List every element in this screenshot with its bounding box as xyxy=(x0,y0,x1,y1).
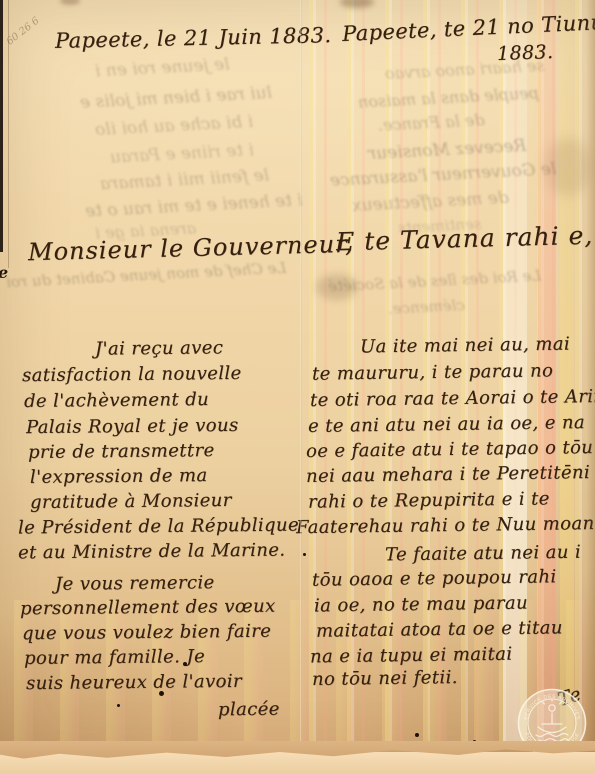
bleedthrough-line: lui rae i bien mi jolis e xyxy=(80,83,273,113)
bleedthrough-line: de mes affectueux xyxy=(352,188,510,216)
right-page-edge xyxy=(586,0,595,748)
handwritten-line: Faaterehau rahi o te Nuu moana xyxy=(296,513,595,538)
handwritten-line: que vous voulez bien faire xyxy=(22,621,272,645)
ink-speck xyxy=(117,704,120,707)
handwritten-line: placée xyxy=(218,699,280,721)
bleedthrough-line: i te riine e Parau xyxy=(110,140,255,168)
handwritten-line: te oti roa raa te Aorai o te Arii xyxy=(310,386,595,411)
bleedthrough-line: clémence. xyxy=(388,296,466,318)
paper-stain xyxy=(340,0,374,8)
handwritten-line: no tōu nei fetii. xyxy=(312,667,458,690)
gutter-crease xyxy=(300,0,302,748)
handwritten-line: de l'achèvement du xyxy=(24,389,209,412)
bleedthrough-line: peuple dans la maison xyxy=(358,83,540,111)
handwritten-line: le Président de la République xyxy=(18,515,299,539)
bleedthrough-line: le jeune roi en i xyxy=(95,54,231,81)
left-dateline: Papeete, le 21 Juin 1883. xyxy=(55,23,332,53)
handwritten-line: gratitude à Monsieur xyxy=(30,490,232,513)
handwritten-line: satisfaction la nouvelle xyxy=(22,363,242,386)
handwritten-line: na e ia tupu ei maitai xyxy=(310,644,513,668)
bleedthrough-line: de la France. xyxy=(378,110,486,135)
right-dateline: Papeete, te 21 no Tiunu xyxy=(342,10,595,46)
bleedthrough-line: le Gouverneur l'assurance xyxy=(330,159,557,191)
handwritten-line: l'expression de ma xyxy=(30,465,208,488)
ink-speck xyxy=(183,662,187,666)
right-salutation: E te Tavana rahi e, xyxy=(336,221,594,257)
handwritten-line: Je vous remercie xyxy=(55,572,215,595)
handwritten-line: te maururu, i te parau no xyxy=(312,360,554,384)
handwritten-line: J'ai reçu avec xyxy=(95,337,223,359)
bleedthrough-line: Le Roi des îles de la Société xyxy=(328,266,542,295)
left-page-edge xyxy=(0,0,3,252)
handwritten-line: personnellement des vœux xyxy=(20,596,276,620)
ink-speck xyxy=(303,553,306,556)
handwritten-line: prie de transmettre xyxy=(28,440,215,463)
manuscript-letter-scan: le jeune roi en i lui rae i bien mi joli… xyxy=(0,0,595,773)
handwritten-line: ia oe, no te mau parau xyxy=(314,593,528,617)
pencil-note: 60 26 6 xyxy=(5,15,42,47)
left-crease xyxy=(8,0,9,268)
bleedthrough-line: Recevez Monsieur xyxy=(368,136,527,164)
bleedthrough-line: i bi ache au hoi ilo xyxy=(95,112,254,140)
handwritten-line: Ua ite mai nei au, mai xyxy=(360,334,570,358)
handwritten-line: tōu oaoa e te poupou rahi xyxy=(312,566,557,590)
handwritten-line: Te faaite atu nei au i xyxy=(385,542,581,566)
bleedthrough-line: le fenii mii i tamara xyxy=(100,166,270,195)
paper-stain xyxy=(60,0,80,5)
edge-ink-mark: e xyxy=(0,263,8,282)
ink-speck xyxy=(159,691,164,696)
handwritten-line: pour ma famille. Je xyxy=(24,646,205,669)
handwritten-line: Palais Royal et je vous xyxy=(26,415,239,438)
handwritten-line: nei aau mehara i te Peretitēni xyxy=(306,462,590,487)
handwritten-line: et au Ministre de la Marine. xyxy=(18,540,286,564)
ink-speck xyxy=(415,733,419,737)
bleedthrough-line: i te henei e te mi rau o te xyxy=(85,190,304,221)
handwritten-line: suis heureux de l'avoir xyxy=(26,671,242,694)
handwritten-line: oe e faaite atu i te tapao o tōu xyxy=(306,437,594,462)
handwritten-line: e te ani atu nei au ia oe, e na xyxy=(308,412,585,437)
left-salutation: Monsieur le Gouverneur, xyxy=(28,230,354,267)
handwritten-line: rahi o te Repupirita e i te xyxy=(308,488,550,512)
handwritten-line: maitatai atoa ta oe e titau xyxy=(316,617,563,641)
right-dateline-year: 1883. xyxy=(497,41,554,65)
